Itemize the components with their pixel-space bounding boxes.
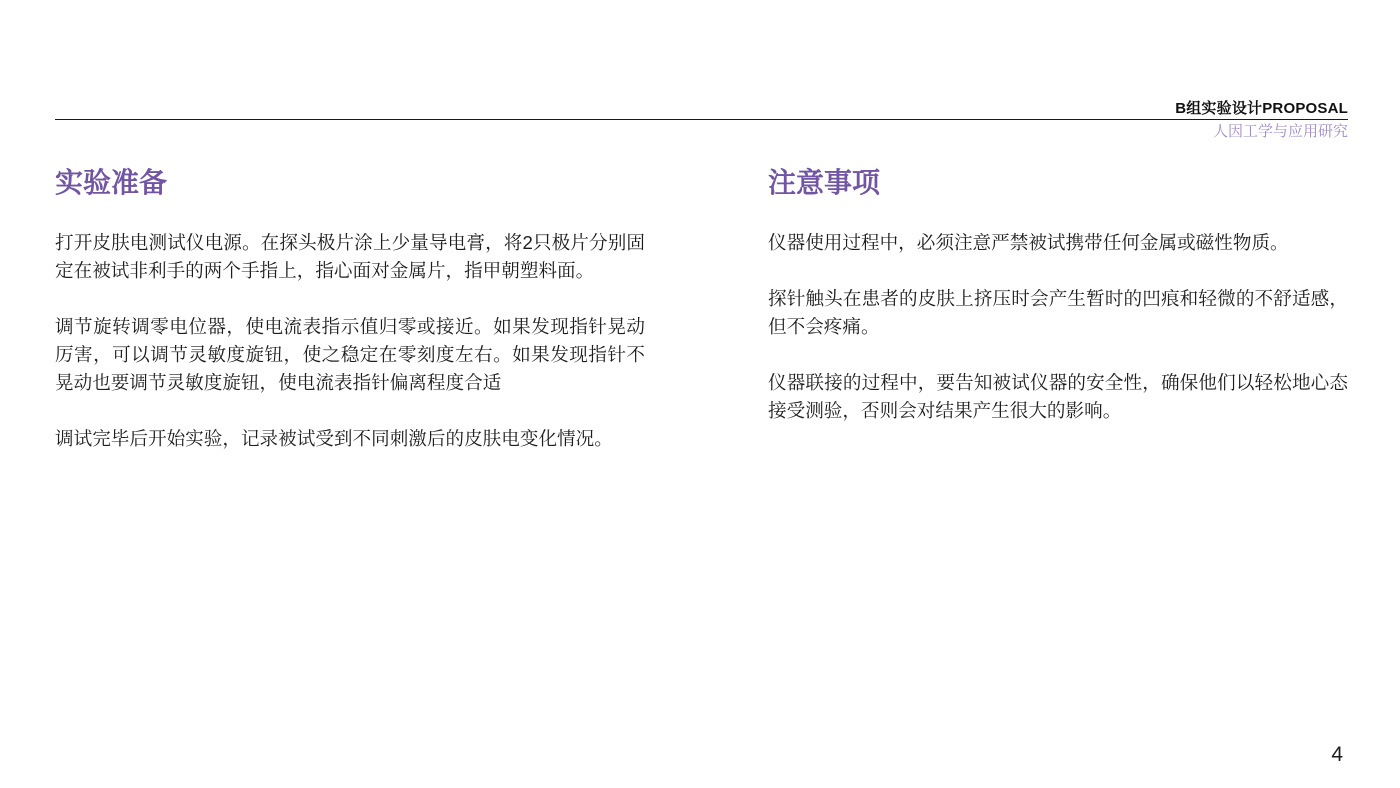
right-paragraph-1: 仪器使用过程中，必须注意严禁被试携带任何金属或磁性物质。	[768, 229, 1348, 257]
page-number: 4	[1331, 744, 1343, 766]
left-paragraph-3: 调试完毕后开始实验，记录被试受到不同刺激后的皮肤电变化情况。	[55, 425, 645, 453]
right-paragraph-3: 仪器联接的过程中，要告知被试仪器的安全性，确保他们以轻松地心态接受测验，否则会对…	[768, 369, 1348, 425]
header-subtitle: 人因工学与应用研究	[55, 123, 1348, 141]
right-paragraph-2: 探针触头在患者的皮肤上挤压时会产生暂时的凹痕和轻微的不舒适感，但不会疼痛。	[768, 285, 1348, 341]
left-paragraph-1: 打开皮肤电测试仪电源。在探头极片涂上少量导电膏，将2只极片分别固定在被试非利手的…	[55, 229, 645, 285]
left-paragraph-2: 调节旋转调零电位器，使电流表指示值归零或接近。如果发现指针晃动厉害，可以调节灵敏…	[55, 313, 645, 397]
section-experiment-preparation: 实验准备 打开皮肤电测试仪电源。在探头极片涂上少量导电膏，将2只极片分别固定在被…	[55, 166, 645, 481]
left-section-heading: 实验准备	[55, 166, 645, 200]
right-section-heading: 注意事项	[768, 166, 1348, 200]
page-header: B组实验设计PROPOSAL 人因工学与应用研究	[55, 0, 1348, 141]
header-divider-line	[55, 119, 1348, 120]
header-title: B组实验设计PROPOSAL	[55, 0, 1348, 118]
section-precautions: 注意事项 仪器使用过程中，必须注意严禁被试携带任何金属或磁性物质。 探针触头在患…	[768, 166, 1348, 453]
slide-page: B组实验设计PROPOSAL 人因工学与应用研究 实验准备 打开皮肤电测试仪电源…	[0, 0, 1400, 788]
